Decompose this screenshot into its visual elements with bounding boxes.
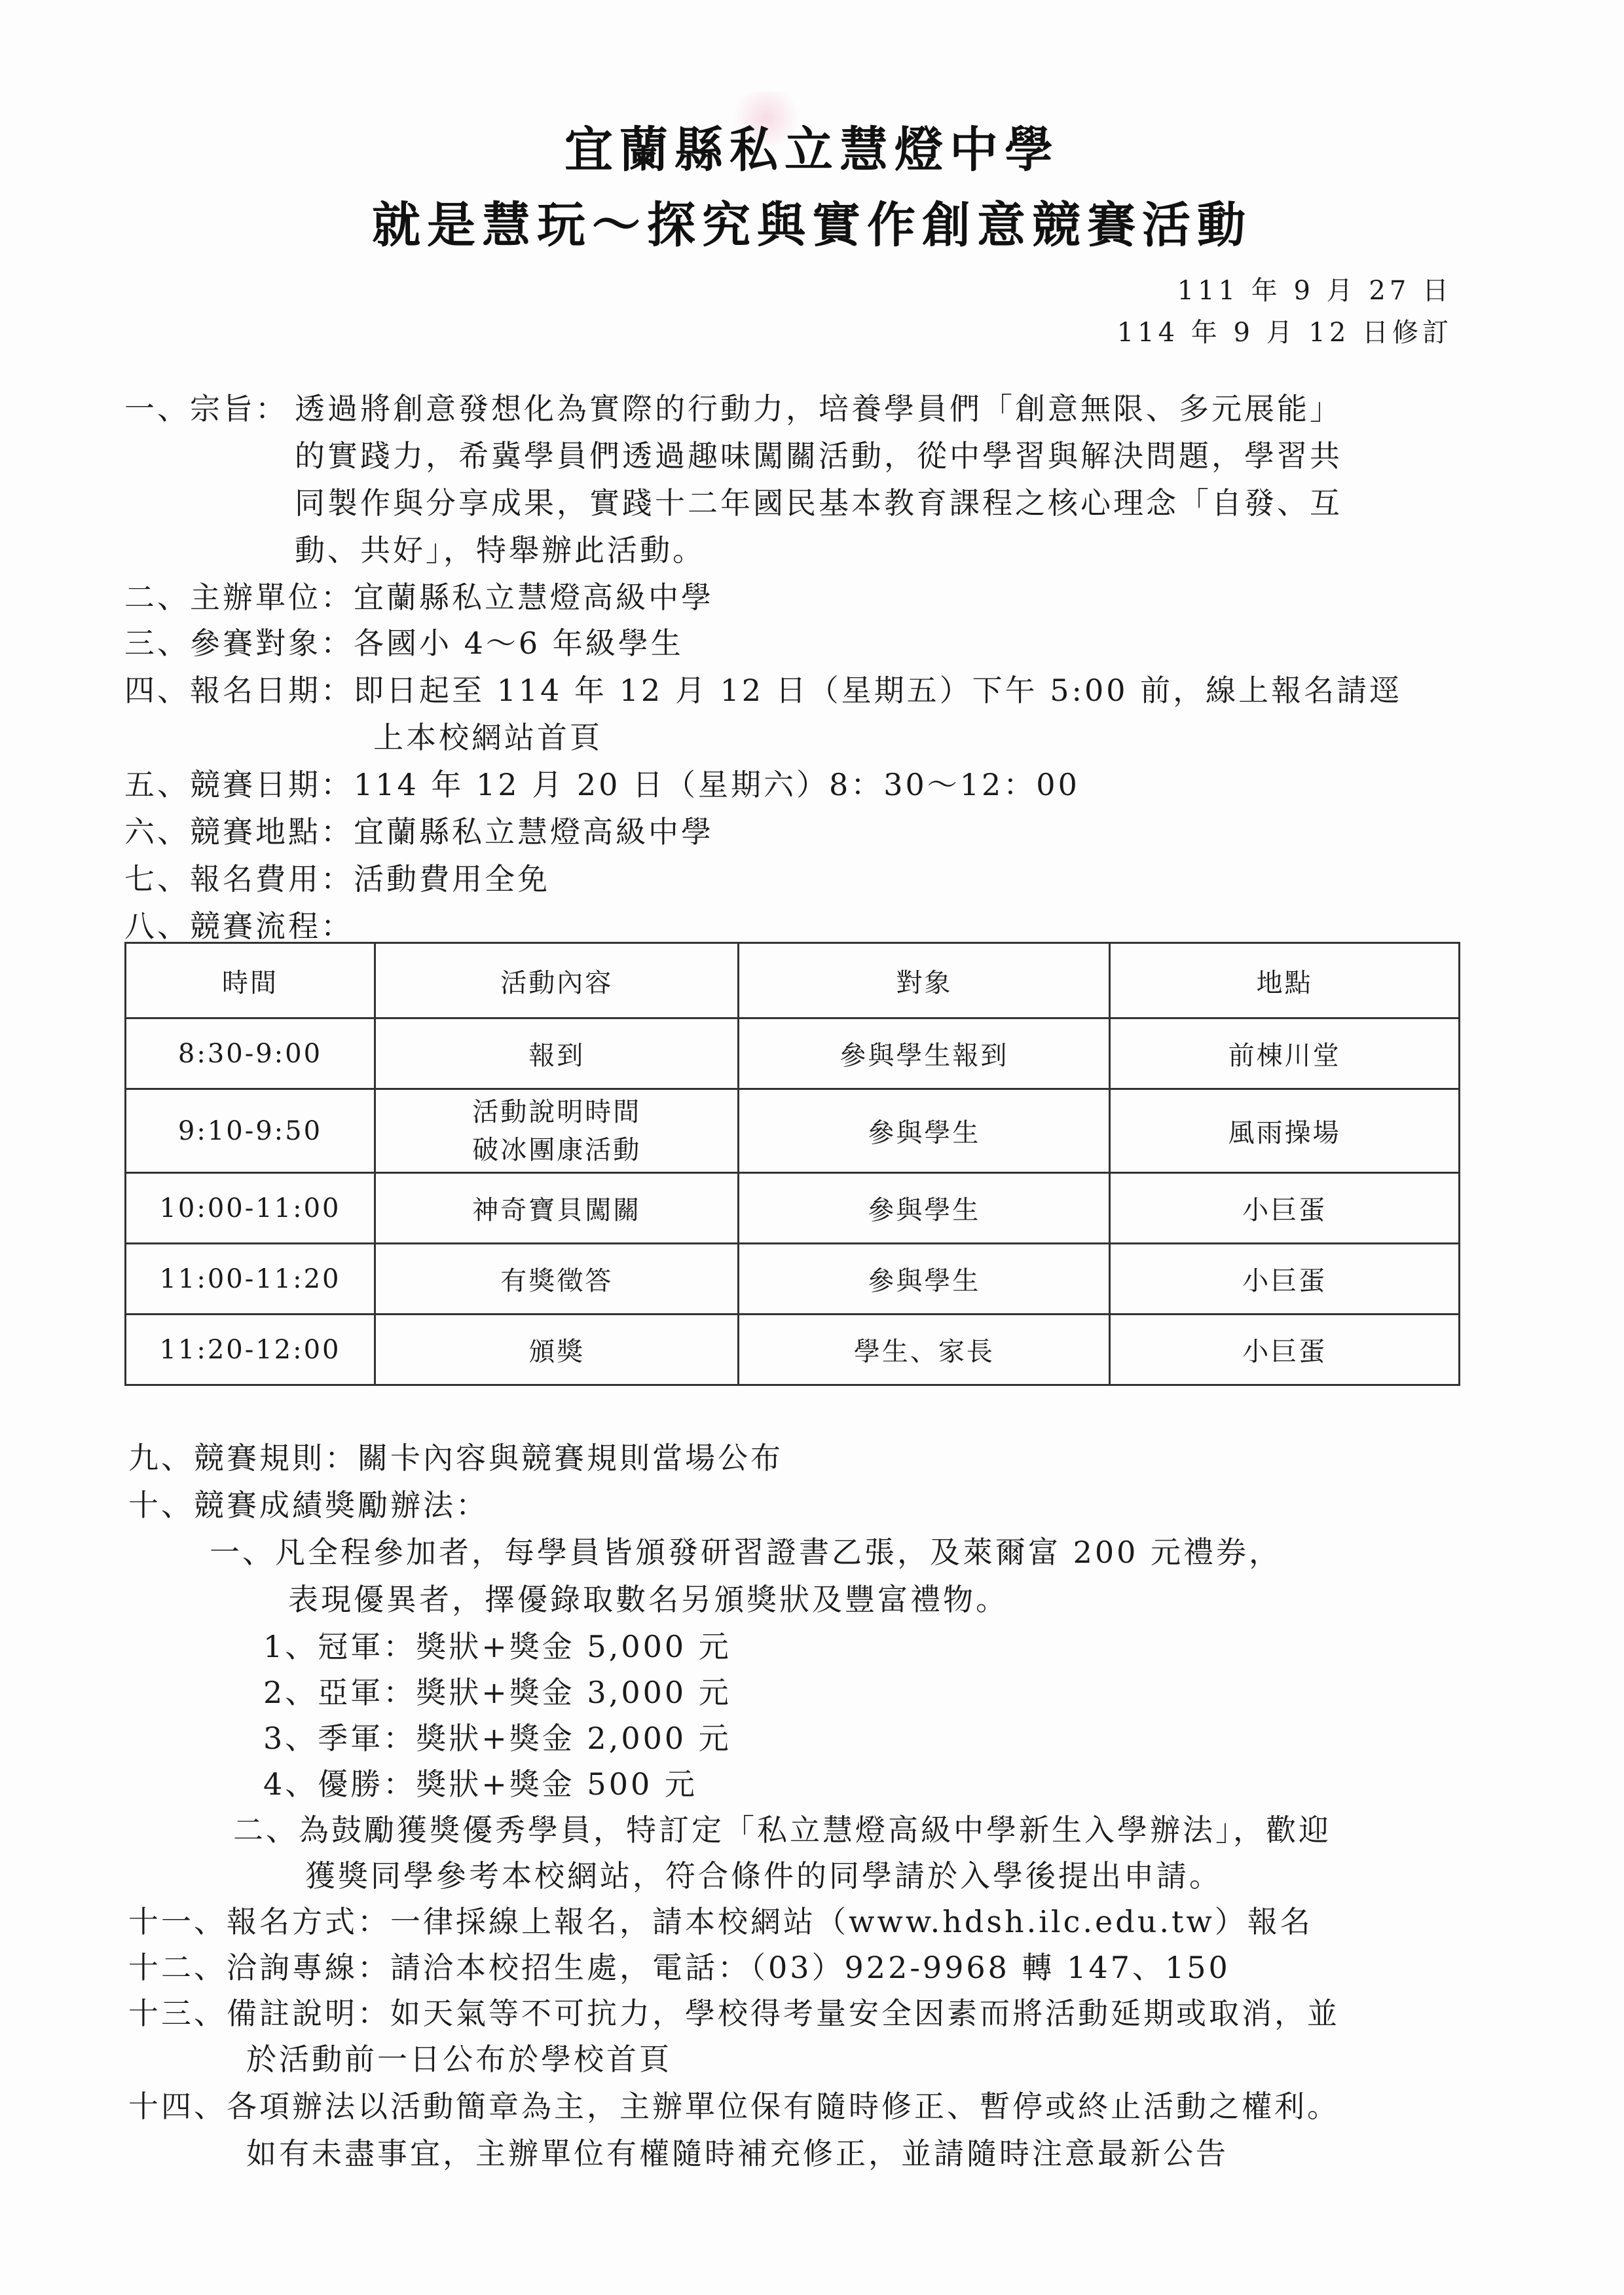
- cell-activity: 活動說明時間 破冰團康活動: [375, 1089, 739, 1173]
- section-5-label: 五、競賽日期：: [124, 767, 354, 802]
- schedule-table: 時間 活動內容 對象 地點 8:30-9:00 報到 參與學生報到 前棟川堂 9…: [124, 942, 1460, 1386]
- section-1-label: 一、宗旨：: [124, 385, 288, 428]
- section-6-label: 六、競賽地點：: [124, 814, 354, 849]
- section-13-line-2: 於活動前一日公布於學校首頁: [246, 2036, 672, 2079]
- section-3-label: 三、參賽對象：: [124, 625, 354, 661]
- prize-runner-up: 2、亞軍：獎狀+獎金 3,000 元: [263, 1669, 731, 1712]
- cell-time: 9:10-9:50: [126, 1089, 375, 1173]
- section-10-item-1-line-1: 一、凡全程參加者，每學員皆頒發研習證書乙張，及萊爾富 200 元禮券，: [210, 1529, 1282, 1572]
- cell-activity: 神奇寶貝闖關: [375, 1173, 739, 1244]
- section-3-value: 各國小 4～6 年級學生: [354, 625, 684, 661]
- prize-honorable: 4、優勝：獎狀+獎金 500 元: [263, 1761, 697, 1804]
- section-10-item-1-line-2: 表現優異者，擇優錄取數名另頒獎狀及豐富禮物。: [288, 1576, 1008, 1619]
- cell-time: 11:20-12:00: [126, 1315, 375, 1385]
- section-10-item-2-line-1: 二、為鼓勵獲獎優秀學員，特訂定「私立慧燈高級中學新生入學辦法」，歡迎: [233, 1806, 1331, 1850]
- cell-target: 參與學生: [739, 1244, 1110, 1315]
- cell-place: 小巨蛋: [1110, 1244, 1460, 1315]
- section-6-value: 宜蘭縣私立慧燈高級中學: [354, 814, 714, 849]
- table-row: 8:30-9:00 報到 參與學生報到 前棟川堂: [126, 1018, 1460, 1089]
- cell-place: 風雨操場: [1110, 1089, 1460, 1173]
- section-10-label: 十、競賽成績獎勵辦法：: [128, 1482, 489, 1525]
- cell-target: 參與學生: [739, 1173, 1110, 1244]
- cell-place: 小巨蛋: [1110, 1315, 1460, 1385]
- section-2-label: 二、主辦單位：: [124, 580, 354, 615]
- section-5: 五、競賽日期：114 年 12 月 20 日（星期六）8：30～12：00: [124, 761, 1080, 804]
- cell-activity: 報到: [375, 1018, 739, 1089]
- document-page: 宜蘭縣私立慧燈中學 就是慧玩～探究與實作創意競賽活動 111 年 9 月 27 …: [0, 0, 1624, 2295]
- section-1-line-4: 動、共好」，特舉辦此活動。: [295, 527, 705, 570]
- header-time: 時間: [126, 943, 375, 1018]
- section-2-value: 宜蘭縣私立慧燈高級中學: [354, 580, 714, 615]
- section-9-value: 關卡內容與競賽規則當場公布: [358, 1440, 783, 1476]
- cell-place: 前棟川堂: [1110, 1018, 1460, 1089]
- cell-target: 學生、家長: [739, 1315, 1110, 1385]
- section-4: 四、報名日期：即日起至 114 年 12 月 12 日（星期五）下午 5:00 …: [124, 667, 1402, 710]
- section-7-value: 活動費用全免: [354, 861, 550, 897]
- section-9-label: 九、競賽規則：: [128, 1440, 358, 1476]
- prize-champion: 1、冠軍：獎狀+獎金 5,000 元: [263, 1623, 731, 1666]
- prize-third: 3、季軍：獎狀+獎金 2,000 元: [263, 1715, 731, 1758]
- school-title: 宜蘭縣私立慧燈中學: [0, 111, 1624, 181]
- date-revised: 114 年 9 月 12 日修訂: [1117, 312, 1452, 349]
- date-created: 111 年 9 月 27 日: [1177, 270, 1452, 307]
- section-11: 十一、報名方式：一律採線上報名，請本校網站（www.hdsh.ilc.edu.t…: [128, 1898, 1313, 1941]
- section-8-label: 八、競賽流程：: [124, 903, 354, 946]
- cell-time: 10:00-11:00: [126, 1173, 375, 1244]
- cell-place: 小巨蛋: [1110, 1173, 1460, 1244]
- section-6: 六、競賽地點：宜蘭縣私立慧燈高級中學: [124, 808, 714, 851]
- section-4-continuation: 上本校網站首頁: [373, 714, 602, 757]
- cell-activity: 頒獎: [375, 1315, 739, 1385]
- section-5-value: 114 年 12 月 20 日（星期六）8：30～12：00: [354, 767, 1080, 802]
- section-2: 二、主辦單位：宜蘭縣私立慧燈高級中學: [124, 574, 714, 617]
- cell-activity-line: 破冰團康活動: [376, 1131, 738, 1169]
- cell-time: 11:00-11:20: [126, 1244, 375, 1315]
- section-7: 七、報名費用：活動費用全免: [124, 855, 550, 899]
- section-4-label: 四、報名日期：: [124, 673, 354, 708]
- section-9: 九、競賽規則：關卡內容與競賽規則當場公布: [128, 1434, 783, 1478]
- section-7-label: 七、報名費用：: [124, 861, 354, 897]
- table-header-row: 時間 活動內容 對象 地點: [126, 943, 1460, 1018]
- section-13-line-1: 十三、備註說明：如天氣等不可抗力，學校得考量安全因素而將活動延期或取消，並: [128, 1990, 1340, 2033]
- header-place: 地點: [1110, 943, 1460, 1018]
- section-10-item-2-line-2: 獲獎同學參考本校網站，符合條件的同學請於入學後提出申請。: [305, 1852, 1222, 1895]
- section-14-line-1: 十四、各項辦法以活動簡章為主，主辦單位保有隨時修正、暫停或終止活動之權利。: [128, 2083, 1340, 2126]
- table-row: 10:00-11:00 神奇寶貝闖關 參與學生 小巨蛋: [126, 1173, 1460, 1244]
- table-row: 11:00-11:20 有獎徵答 參與學生 小巨蛋: [126, 1244, 1460, 1315]
- table-row: 11:20-12:00 頒獎 學生、家長 小巨蛋: [126, 1315, 1460, 1385]
- header-target: 對象: [739, 943, 1110, 1018]
- section-1-line-1: 透過將創意發想化為實際的行動力，培養學員們「創意無限、多元展能」: [295, 385, 1342, 428]
- section-12: 十二、洽詢專線：請洽本校招生處，電話：（03）922-9968 轉 147、15…: [128, 1944, 1230, 1987]
- header-activity: 活動內容: [375, 943, 739, 1018]
- section-1-line-3: 同製作與分享成果，實踐十二年國民基本教育課程之核心理念「自發、互: [295, 479, 1342, 523]
- section-3: 三、參賽對象：各國小 4～6 年級學生: [124, 620, 684, 663]
- event-title: 就是慧玩～探究與實作創意競賽活動: [0, 187, 1624, 256]
- cell-target: 參與學生報到: [739, 1018, 1110, 1089]
- cell-activity-line: 活動說明時間: [376, 1093, 738, 1131]
- section-1-line-2: 的實踐力，希冀學員們透過趣味闖關活動，從中學習與解決問題，學習共: [295, 432, 1342, 476]
- cell-activity: 有獎徵答: [375, 1244, 739, 1315]
- cell-target: 參與學生: [739, 1089, 1110, 1173]
- cell-time: 8:30-9:00: [126, 1018, 375, 1089]
- table-row: 9:10-9:50 活動說明時間 破冰團康活動 參與學生 風雨操場: [126, 1089, 1460, 1173]
- section-4-value: 即日起至 114 年 12 月 12 日（星期五）下午 5:00 前，線上報名請…: [354, 673, 1402, 708]
- section-14-line-2: 如有未盡事宜，主辦單位有權隨時補充修正，並請隨時注意最新公告: [246, 2130, 1228, 2173]
